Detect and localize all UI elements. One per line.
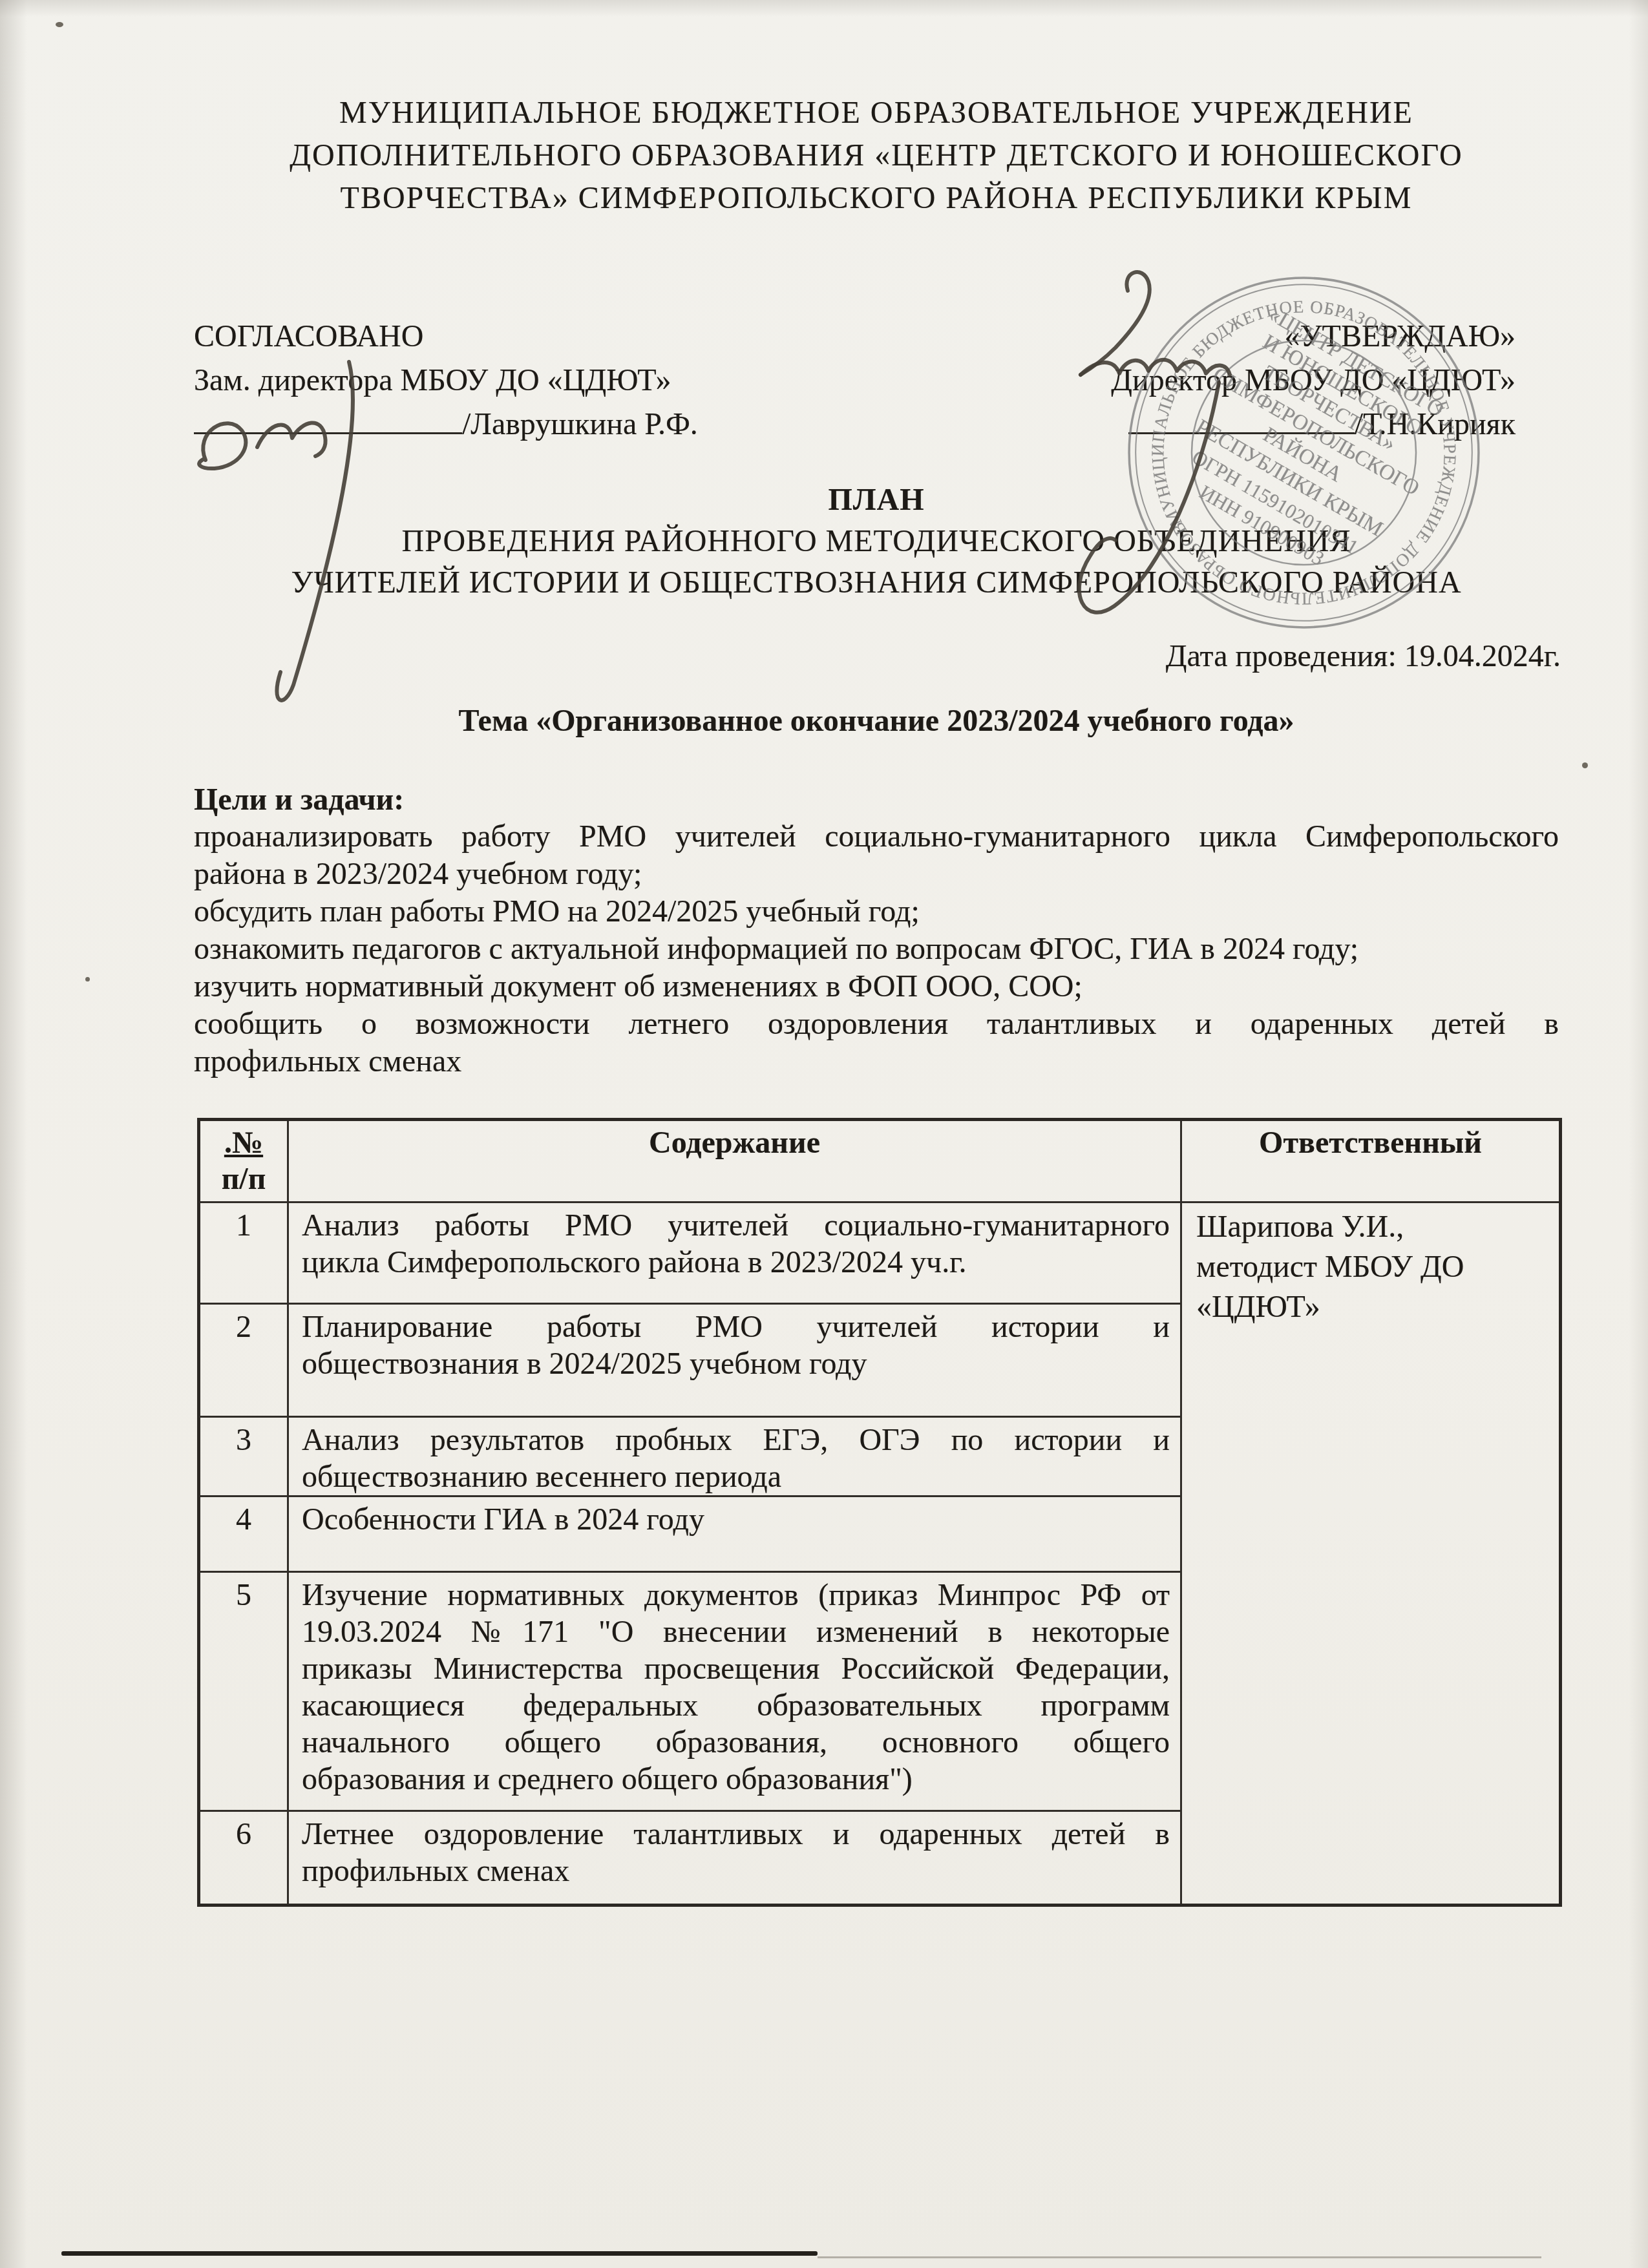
content-line: Анализ работы РМО учителей социально-гум… bbox=[302, 1207, 1170, 1244]
theme-line: Тема «Организованное окончание 2023/2024… bbox=[194, 703, 1559, 739]
content-line: Планирование работы РМО учителей истории… bbox=[302, 1308, 1170, 1345]
row-number: 4 bbox=[199, 1496, 288, 1572]
responsible-line: методист МБОУ ДО bbox=[1196, 1247, 1552, 1287]
content-line: обществознанию весеннего периода bbox=[302, 1458, 1170, 1495]
content-line: начального общего образования, основного… bbox=[302, 1724, 1170, 1761]
table-header-row: .№ п/п Содержание Ответственный bbox=[199, 1120, 1561, 1202]
goal-line: района в 2023/2024 учебном году; bbox=[194, 856, 1559, 893]
content-line: Летнее оздоровление талантливых и одарен… bbox=[302, 1816, 1170, 1853]
signature-underline-left bbox=[194, 406, 462, 434]
official-stamp: МУНИЦИПАЛЬНОЕ БЮДЖЕТНОЕ ОБРАЗОВАТЕЛЬНОЕ … bbox=[1121, 270, 1486, 635]
header-cell-number: .№ п/п bbox=[199, 1120, 288, 1202]
header-cell-content: Содержание bbox=[288, 1120, 1181, 1202]
row-number: 1 bbox=[199, 1202, 288, 1304]
agreed-title: СОГЛАСОВАНО bbox=[194, 315, 698, 359]
goal-line: профильных сменах bbox=[194, 1043, 1559, 1080]
row-number: 5 bbox=[199, 1572, 288, 1811]
content-line: Изучение нормативных документов (приказ … bbox=[302, 1577, 1170, 1613]
table-row: 1 Анализ работы РМО учителей социально-г… bbox=[199, 1202, 1561, 1304]
content-line: приказы Министерства просвещения Российс… bbox=[302, 1650, 1170, 1687]
responsible-line: «ЦДЮТ» bbox=[1196, 1287, 1552, 1327]
scan-speck bbox=[1582, 762, 1588, 768]
row-content: Изучение нормативных документов (приказ … bbox=[288, 1572, 1181, 1811]
goal-line: ознакомить педагогов с актуальной информ… bbox=[194, 930, 1559, 968]
content-line: цикла Симферопольского района в 2023/202… bbox=[302, 1244, 1170, 1281]
content-line: касающиеся федеральных образовательных п… bbox=[302, 1687, 1170, 1724]
row-content: Особенности ГИА в 2024 году bbox=[288, 1496, 1181, 1572]
content-line: Особенности ГИА в 2024 году bbox=[302, 1501, 1170, 1538]
org-header-line-3: ТВОРЧЕСТВА» СИМФЕРОПОЛЬСКОГО РАЙОНА РЕСП… bbox=[194, 177, 1559, 220]
goal-line: проанализировать работу РМО учителей соц… bbox=[194, 818, 1559, 856]
event-date: Дата проведения: 19.04.2024г. bbox=[1166, 638, 1561, 674]
agreed-subtitle: Зам. директора МБОУ ДО «ЦДЮТ» bbox=[194, 359, 698, 403]
content-line: 19.03.2024 №171 "О внесении изменений в … bbox=[302, 1613, 1170, 1650]
goal-line: сообщить о возможности летнего оздоровле… bbox=[194, 1005, 1559, 1043]
org-header-line-1: МУНИЦИПАЛЬНОЕ БЮДЖЕТНОЕ ОБРАЗОВАТЕЛЬНОЕ … bbox=[194, 92, 1559, 134]
goal-line: изучить нормативный документ об изменени… bbox=[194, 968, 1559, 1005]
content-line: Анализ результатов пробных ЕГЭ, ОГЭ по и… bbox=[302, 1422, 1170, 1458]
row-number: 3 bbox=[199, 1417, 288, 1496]
content-line: профильных сменах bbox=[302, 1853, 1170, 1889]
scan-speck bbox=[85, 977, 90, 982]
row-number: 6 bbox=[199, 1811, 288, 1906]
goals-heading: Цели и задачи: bbox=[194, 782, 404, 817]
row-content: Летнее оздоровление талантливых и одарен… bbox=[288, 1811, 1181, 1906]
org-header: МУНИЦИПАЛЬНОЕ БЮДЖЕТНОЕ ОБРАЗОВАТЕЛЬНОЕ … bbox=[194, 92, 1559, 220]
row-number: 2 bbox=[199, 1304, 288, 1417]
agreed-signature-line: /Лаврушкина Р.Ф. bbox=[194, 403, 698, 446]
row-content: Анализ результатов пробных ЕГЭ, ОГЭ по и… bbox=[288, 1417, 1181, 1496]
plan-table: .№ п/п Содержание Ответственный 1 Анализ… bbox=[197, 1118, 1562, 1907]
scan-artifact-streak bbox=[818, 2256, 1541, 2258]
header-cell-responsible: Ответственный bbox=[1181, 1120, 1561, 1202]
row-content: Планирование работы РМО учителей истории… bbox=[288, 1304, 1181, 1417]
header-number-line2: п/п bbox=[201, 1161, 286, 1197]
header-number-line1: .№ bbox=[224, 1126, 263, 1160]
approval-block-agreed: СОГЛАСОВАНО Зам. директора МБОУ ДО «ЦДЮТ… bbox=[194, 315, 698, 446]
org-header-line-2: ДОПОЛНИТЕЛЬНОГО ОБРАЗОВАНИЯ «ЦЕНТР ДЕТСК… bbox=[194, 134, 1559, 177]
scanned-document-page: { "document": { "org_header_lines": [ "М… bbox=[0, 0, 1648, 2268]
goals-paragraphs: проанализировать работу РМО учителей соц… bbox=[194, 818, 1559, 1080]
responsible-line: Шарипова У.И., bbox=[1196, 1207, 1552, 1247]
row-content: Анализ работы РМО учителей социально-гум… bbox=[288, 1202, 1181, 1304]
responsible-cell: Шарипова У.И., методист МБОУ ДО «ЦДЮТ» bbox=[1181, 1202, 1561, 1906]
goal-line: обсудить план работы РМО на 2024/2025 уч… bbox=[194, 893, 1559, 930]
scan-speck bbox=[56, 22, 63, 27]
agreed-signee: /Лаврушкина Р.Ф. bbox=[462, 407, 698, 441]
scan-artifact-streak bbox=[61, 2251, 818, 2256]
content-line: обществознания в 2024/2025 учебном году bbox=[302, 1345, 1170, 1382]
content-line: образования и среднего общего образовани… bbox=[302, 1761, 1170, 1798]
